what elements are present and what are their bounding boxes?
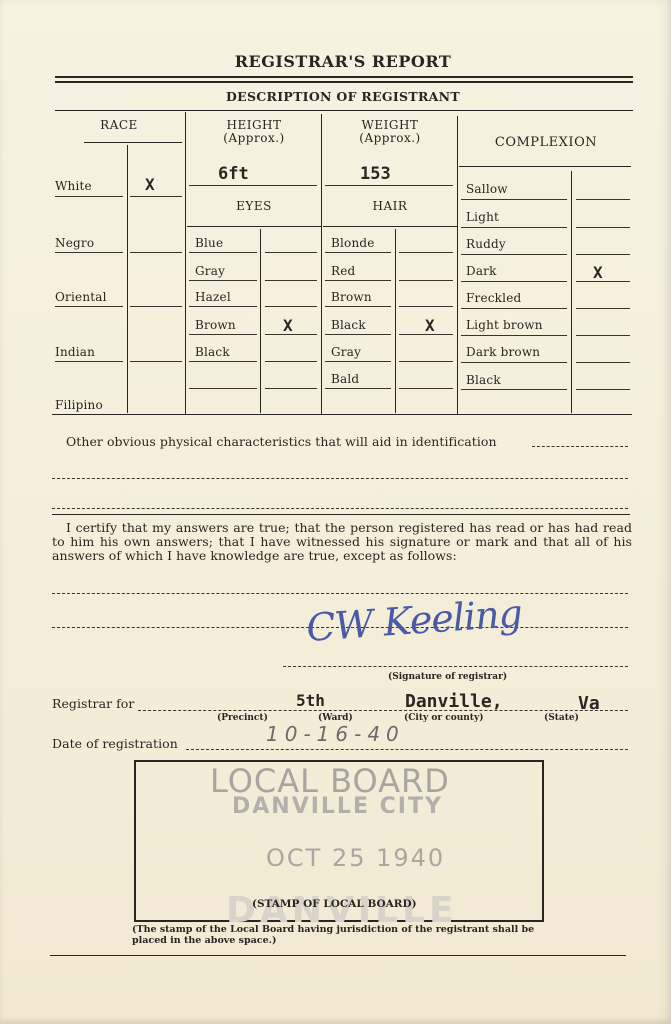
hair-option-label: Red (331, 264, 355, 278)
row-rule (576, 254, 630, 255)
state-caption: (State) (544, 713, 579, 723)
complexion-option-label: Ruddy (466, 237, 506, 251)
row-rule (461, 199, 567, 200)
row-rule (461, 227, 567, 228)
ward-value[interactable]: 5th (296, 691, 325, 710)
row-rule (189, 334, 257, 335)
hair-option-label: Gray (331, 345, 361, 359)
eyes-header-rule (187, 226, 321, 227)
row-rule (55, 252, 123, 253)
row-rule (399, 306, 453, 307)
row-rule (55, 196, 123, 197)
complexion-divider (571, 171, 572, 413)
row-rule (325, 334, 391, 335)
eyes-option-label: Blue (195, 236, 223, 250)
row-rule (189, 361, 257, 362)
row-rule (265, 252, 317, 253)
row-rule (461, 389, 567, 390)
row-rule (399, 388, 453, 389)
registrar-for-label: Registrar for (52, 697, 134, 711)
row-rule (55, 306, 123, 307)
weight-sub: (Approx.) (323, 132, 457, 145)
row-rule (265, 334, 317, 335)
table-bottom-rule (52, 414, 632, 415)
row-rule (325, 388, 391, 389)
row-rule (55, 361, 123, 362)
row-rule (399, 361, 453, 362)
hair-header: HAIR (323, 200, 457, 213)
row-rule (461, 281, 567, 282)
row-rule (399, 280, 453, 281)
row-rule (576, 281, 630, 282)
registrar-signature: CW Keeling (305, 591, 523, 650)
eyes-divider (260, 229, 261, 413)
section-title: DESCRIPTION OF REGISTRANT (0, 89, 671, 104)
race-option-label: Negro (55, 236, 94, 250)
row-rule (130, 196, 182, 197)
row-rule (576, 389, 630, 390)
row-rule (265, 280, 317, 281)
row-rule (265, 388, 317, 389)
eyes-header: EYES (187, 200, 321, 213)
title-rule-bottom (55, 81, 633, 83)
hair-header-rule (323, 226, 457, 227)
row-rule (461, 308, 567, 309)
table-top-rule (55, 110, 633, 111)
complexion-option-label: Black (466, 373, 501, 387)
race-option-label: White (55, 179, 92, 193)
row-rule (130, 361, 182, 362)
title-rule-top (55, 76, 633, 78)
hair-option-label: Brown (331, 290, 372, 304)
hair-option-label: Black (331, 318, 366, 332)
row-rule (399, 334, 453, 335)
complexion-header: COMPLEXION (459, 136, 633, 149)
complexion-option-mark[interactable]: X (593, 263, 603, 282)
exceptions-line[interactable] (52, 593, 628, 594)
row-rule (265, 306, 317, 307)
complexion-option-label: Dark (466, 264, 497, 278)
row-rule (461, 335, 567, 336)
city-caption: (City or county) (404, 713, 483, 723)
row-rule (576, 308, 630, 309)
complexion-option-label: Light (466, 210, 499, 224)
complexion-option-label: Sallow (466, 182, 508, 196)
registrar-for-line[interactable] (138, 710, 628, 711)
row-rule (130, 306, 182, 307)
row-rule (189, 388, 257, 389)
section-rule (52, 514, 630, 515)
complexion-header-rule (459, 166, 631, 167)
complexion-option-label: Dark brown (466, 345, 540, 359)
weight-value[interactable]: 153 (360, 164, 391, 184)
race-option-label: Indian (55, 345, 95, 359)
stamp-date: OCT 25 1940 (266, 844, 445, 872)
signature-line[interactable] (283, 666, 628, 667)
row-rule (461, 254, 567, 255)
draft-card-back: REGISTRAR'S REPORT DESCRIPTION OF REGIST… (0, 0, 671, 1024)
eyes-option-label: Black (195, 345, 230, 359)
row-rule (576, 199, 630, 200)
eyes-option-label: Brown (195, 318, 236, 332)
divider (321, 114, 322, 414)
race-header-rule (84, 142, 182, 143)
stamp-caption: (STAMP OF LOCAL BOARD) (252, 898, 417, 910)
row-rule (576, 227, 630, 228)
state-value[interactable]: Va (578, 693, 600, 714)
row-rule (576, 335, 630, 336)
row-rule (189, 306, 257, 307)
row-rule (265, 361, 317, 362)
complexion-option-label: Light brown (466, 318, 543, 332)
eyes-option-mark[interactable]: X (283, 316, 293, 335)
row-rule (399, 252, 453, 253)
signature-caption: (Signature of registrar) (388, 672, 507, 682)
row-rule (130, 252, 182, 253)
precinct-caption: (Precinct) (217, 713, 268, 723)
city-value[interactable]: Danville, (405, 691, 503, 712)
race-option-label: Filipino (55, 398, 103, 412)
hair-option-label: Blonde (331, 236, 375, 250)
certification-text: I certify that my answers are true; that… (52, 521, 632, 563)
hair-option-mark[interactable]: X (425, 316, 435, 335)
hair-divider (395, 229, 396, 413)
date-of-registration-label: Date of registration (52, 737, 178, 751)
other-characteristics-field[interactable] (532, 446, 628, 447)
row-rule (461, 362, 567, 363)
page-title: REGISTRAR'S REPORT (0, 52, 671, 71)
divider (457, 116, 458, 414)
height-value[interactable]: 6ft (218, 164, 249, 184)
height-sub: (Approx.) (187, 132, 321, 145)
row-rule (325, 306, 391, 307)
stamp-note: (The stamp of the Local Board having jur… (132, 924, 552, 946)
row-rule (325, 185, 453, 186)
hair-option-label: Bald (331, 372, 359, 386)
divider (185, 112, 186, 414)
complexion-option-label: Freckled (466, 291, 521, 305)
row-rule (325, 280, 391, 281)
date-of-registration-value[interactable]: 10-16-40 (266, 722, 405, 746)
race-option-mark[interactable]: X (145, 175, 155, 194)
race-header: RACE (55, 119, 183, 132)
eyes-option-label: Hazel (195, 290, 231, 304)
eyes-option-label: Gray (195, 264, 225, 278)
other-characteristics-label: Other obvious physical characteristics t… (66, 435, 497, 449)
row-rule (189, 185, 317, 186)
row-rule (576, 362, 630, 363)
date-of-registration-line[interactable] (186, 749, 628, 750)
other-characteristics-line[interactable] (52, 478, 628, 479)
row-rule (325, 361, 391, 362)
race-divider (127, 145, 128, 413)
row-rule (189, 280, 257, 281)
other-characteristics-line[interactable] (52, 508, 628, 509)
bottom-rule (50, 955, 626, 956)
row-rule (189, 252, 257, 253)
race-option-label: Oriental (55, 290, 107, 304)
row-rule (325, 252, 391, 253)
stamp-board-city: DANVILLE CITY (232, 794, 443, 819)
